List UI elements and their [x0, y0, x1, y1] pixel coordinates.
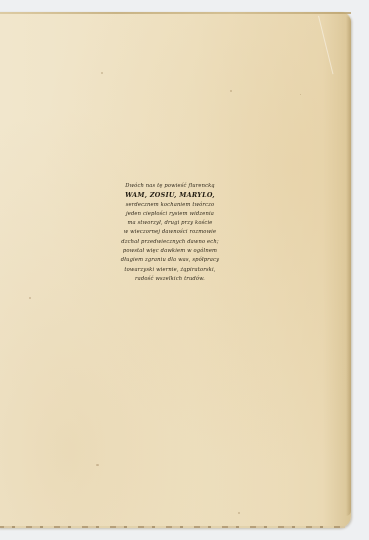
dedication-line: jeden ciepłości rysiem widzenia — [110, 210, 230, 219]
foxing-spot — [96, 464, 99, 466]
dedication-line: długiem zgraniu dla was, spółpracy — [110, 256, 230, 265]
dedication-line: dzchał przedwiecznych dawno ech; — [110, 238, 230, 247]
dedication-line: serdecznem kochaniem twórczo — [110, 201, 230, 210]
page-right-edge — [346, 16, 351, 516]
dedication-line: ma stworzył, drugi przy koście — [110, 219, 230, 228]
foxing-spot — [300, 94, 301, 95]
foxing-spot — [29, 297, 31, 299]
book-page: Dwóch nas tę powieść flurencką WAM, ZOSI… — [0, 12, 351, 528]
dedication-text: Dwóch nas tę powieść flurencką WAM, ZOSI… — [110, 182, 230, 284]
dedication-names: WAM, ZOSIU, MARYLO, — [110, 191, 230, 200]
dedication-line: radość wszelkich trudów. — [110, 275, 230, 284]
paper-crease — [318, 16, 333, 74]
foxing-spot — [238, 512, 240, 514]
foxing-spot — [230, 90, 232, 92]
dedication-line: towarzyski wiernie, żąpiratorski, — [110, 266, 230, 275]
dedication-line: w wieczornej dawności rozmowie — [110, 228, 230, 237]
dedication-line: powstał więc dawkiem w ogólnem — [110, 247, 230, 256]
foxing-spot — [101, 72, 103, 74]
dedication-line: Dwóch nas tę powieść flurencką — [110, 182, 230, 191]
